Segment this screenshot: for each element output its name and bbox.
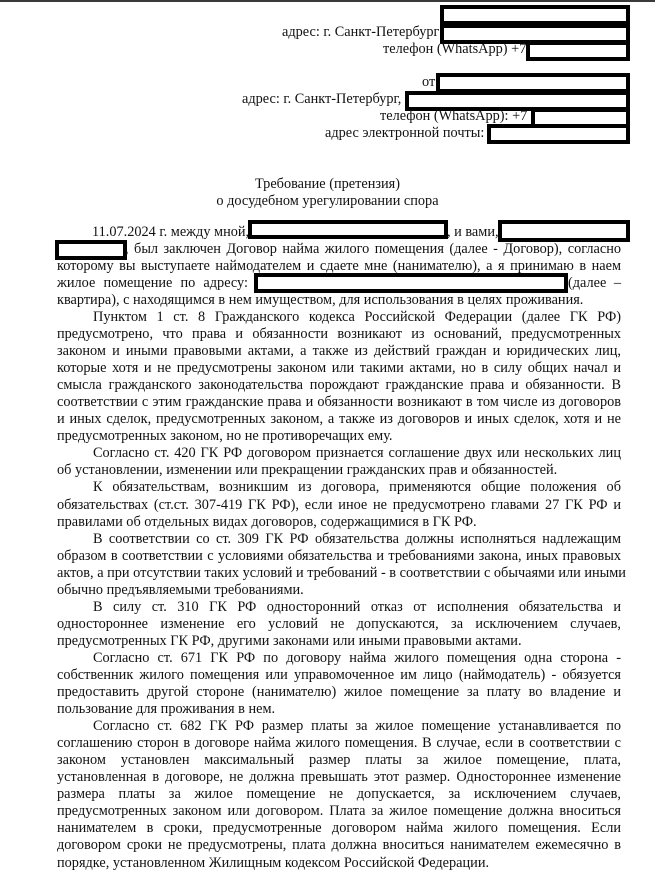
p1-line2: , был заключен Договор найма жилого поме… xyxy=(125,241,621,258)
redacted-recipient-phone xyxy=(526,41,630,61)
text-line: договором сроки не предусмотрены, плата … xyxy=(57,837,621,854)
sender-address-label: адрес: г. Санкт-Петербург, xyxy=(242,91,401,108)
text-line: образом в соответствии с условиями обяза… xyxy=(57,548,621,565)
redacted-apartment-address xyxy=(254,273,568,293)
redacted-landlord-name xyxy=(498,220,630,242)
text-line: обычно предъявляемыми требованиями. xyxy=(57,582,621,599)
text-line: предусмотренных ГК РФ, другими законами … xyxy=(57,633,621,650)
text-line: Согласно ст. 671 ГК РФ по договору найма… xyxy=(57,650,621,667)
p1-date-text: 11.07.2024 г. между мной, xyxy=(92,224,249,241)
text-line: соглашению сторон в договоре найма жилог… xyxy=(57,735,621,752)
text-line: В силу ст. 310 ГК РФ односторонний отказ… xyxy=(57,599,621,616)
paragraph-p6: В силу ст. 310 ГК РФ односторонний отказ… xyxy=(57,599,621,650)
p1-and-you-text: , и вами, xyxy=(447,224,499,241)
text-line: собственник жилого помещения или управом… xyxy=(57,667,621,684)
sender-phone-label: телефон (WhatsApp): +7 xyxy=(380,108,527,125)
redacted-sender-name xyxy=(436,73,630,93)
text-line: соответствии с этим гражданские права и … xyxy=(57,394,621,411)
document-subtitle: о досудебном урегулировании спора xyxy=(0,193,655,210)
p1-hereinafter: (далее – xyxy=(568,275,621,292)
window-top-border xyxy=(0,0,655,2)
sender-from-label: от xyxy=(422,74,435,91)
text-line: смысла гражданского законодательства пор… xyxy=(57,377,621,394)
text-line: порядке, установленном Жилищным кодексом… xyxy=(57,855,621,872)
text-line: об установлении, изменении или прекращен… xyxy=(57,462,621,479)
redacted-recipient-name xyxy=(440,5,630,25)
text-line: Согласно ст. 682 ГК РФ размер платы за ж… xyxy=(57,718,621,735)
text-line: Согласно ст. 420 ГК РФ договором признае… xyxy=(57,445,621,462)
p1-address-label: жилое помещение по адресу: xyxy=(57,275,248,292)
redacted-sender-email xyxy=(487,124,630,144)
text-line: предусмотренных законом или договором. П… xyxy=(57,803,621,820)
paragraph-p8: Согласно ст. 682 ГК РФ размер платы за ж… xyxy=(57,718,621,871)
document-body: Пунктом 1 ст. 8 Гражданского кодекса Рос… xyxy=(57,309,621,872)
text-line: предусмотренных законом, но не противоре… xyxy=(57,428,621,445)
text-line: предоставить другой стороне (нанимателю)… xyxy=(57,684,621,701)
text-line: Пунктом 1 ст. 8 Гражданского кодекса Рос… xyxy=(57,309,621,326)
paragraph-p5: В соответствии со ст. 309 ГК РФ обязател… xyxy=(57,531,621,599)
text-line: нанимателем в сроки, предусмотренные дог… xyxy=(57,820,621,837)
text-line: пользование для проживания в нем. xyxy=(57,701,621,718)
text-line: предусмотрено, что права и обязанности в… xyxy=(57,326,621,343)
text-line: актов, а при отсутствии таких условий и … xyxy=(57,565,621,582)
p1-line5: квартира), с находящимся в нем имущество… xyxy=(57,292,583,309)
paragraph-p4: К обязательствам, возникшим из договора,… xyxy=(57,479,621,530)
text-line: К обязательствам, возникшим из договора,… xyxy=(57,479,621,496)
paragraph-p7: Согласно ст. 671 ГК РФ по договору найма… xyxy=(57,650,621,718)
paragraph-p2: Пунктом 1 ст. 8 Гражданского кодекса Рос… xyxy=(57,309,621,445)
redacted-tenant-name xyxy=(248,220,448,239)
recipient-address-label: адрес: г. Санкт-Петербург xyxy=(282,24,439,41)
text-line: и иных сделок, предусмотренных законом, … xyxy=(57,411,621,428)
redacted-landlord-name-cont xyxy=(55,240,127,260)
text-line: которые хотя и не предусмотрены законом … xyxy=(57,360,621,377)
paragraph-p3: Согласно ст. 420 ГК РФ договором признае… xyxy=(57,445,621,479)
text-line: размера платы за жилое помещение не допу… xyxy=(57,786,621,803)
text-line: обязательствах (ст.ст. 307-419 ГК РФ), е… xyxy=(57,497,621,514)
text-line: законом и иными правовыми актами, а такж… xyxy=(57,343,621,360)
text-line: В соответствии со ст. 309 ГК РФ обязател… xyxy=(57,531,621,548)
text-line: законом установлен максимальный размер п… xyxy=(57,752,621,769)
text-line: установленная в договоре, не должна прев… xyxy=(57,769,621,786)
recipient-phone-label: телефон (WhatsApp) +7 xyxy=(383,41,526,58)
text-line: одностороннее изменение его условий не д… xyxy=(57,616,621,633)
text-line: правилами об отдельных видах договоров, … xyxy=(57,514,621,531)
document-title: Требование (претензия) xyxy=(0,176,655,193)
sender-email-label: адрес электронной почты: xyxy=(325,125,484,142)
